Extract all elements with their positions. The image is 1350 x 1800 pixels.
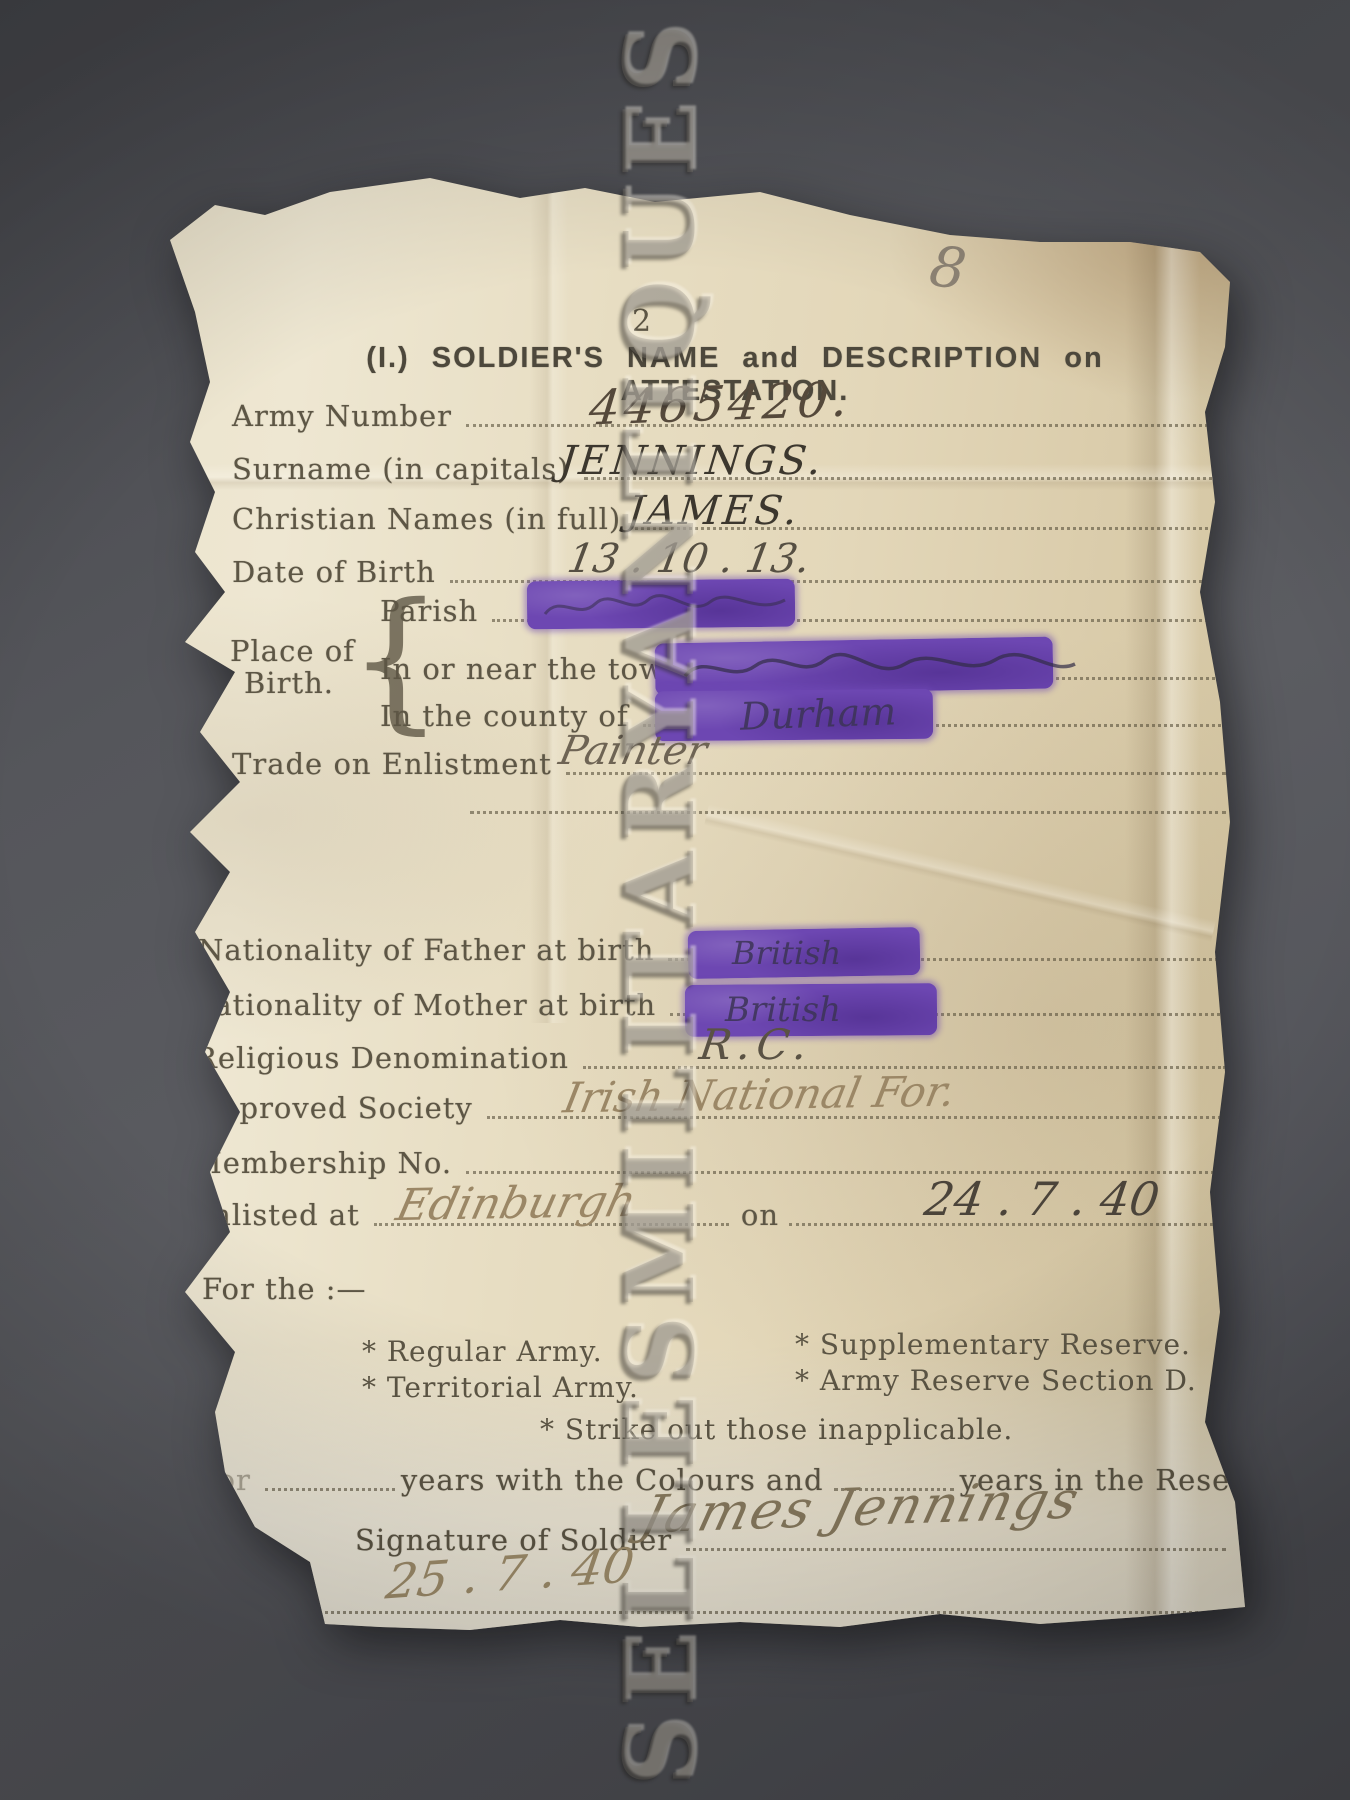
printed-page-number: 2 [632, 304, 651, 339]
enlisted-on-label: on [741, 1198, 779, 1232]
field-row-parish: Parish [380, 592, 1226, 628]
dotted-line [265, 1488, 395, 1491]
colours-prefix: For [198, 1463, 251, 1497]
option-army-reserve-section-d: * Army Reserve Section D. [795, 1363, 1197, 1399]
approved-society-label: Approved Society [198, 1091, 473, 1125]
christian-names-value: JAMES. [626, 488, 803, 534]
army-number-value: 4465420. [586, 371, 854, 436]
surname-value: JENNINGS. [558, 438, 827, 484]
illegible-handwriting-town [680, 646, 1080, 690]
christian-names-label: Christian Names (in full) [232, 502, 621, 536]
option-territorial-army: * Territorial Army. [362, 1370, 639, 1406]
handwritten-annotation: 8 [926, 234, 970, 303]
strike-out-note: * Strike out those inapplicable. [540, 1412, 1013, 1448]
father-nationality-label: Nationality of Father at birth [198, 933, 654, 967]
surname-label: Surname (in capitals) [232, 452, 570, 486]
army-number-label: Army Number [232, 399, 452, 433]
religion-label: Religious Denomination [195, 1041, 569, 1075]
dotted-line [235, 1611, 1240, 1614]
attestation-paper: 2 8 (I.) SOLDIER'S NAME and DESCRIPTION … [140, 172, 1260, 1640]
mother-nationality-label: Nationality of Mother at birth [188, 988, 656, 1022]
religion-value: R.C. [697, 1020, 817, 1069]
place-of-birth-label: Place of [230, 634, 355, 668]
option-supplementary-reserve: * Supplementary Reserve. [795, 1327, 1197, 1363]
crease-diagonal [704, 804, 1216, 942]
membership-label: Membership No. [192, 1146, 452, 1180]
dotted-line [470, 811, 1226, 814]
trade-value: Painter [555, 728, 711, 774]
trade-label: Trade on Enlistment [232, 747, 552, 781]
enlisted-date-value: 24 . 7 . 40 [921, 1172, 1163, 1226]
enlisted-label: Enlisted at [190, 1198, 360, 1232]
option-regular-army: * Regular Army. [362, 1334, 639, 1370]
county-value: Durham [739, 689, 897, 738]
dotted-line [686, 1548, 1226, 1551]
options-column-right: * Supplementary Reserve. * Army Reserve … [795, 1327, 1197, 1399]
approved-society-value: Irish National For. [560, 1067, 960, 1123]
date-of-birth-value: 13 . 10 . 13. [564, 536, 814, 582]
parish-label: Parish [380, 594, 478, 628]
father-nationality-value: British [732, 934, 841, 972]
options-column-left: * Regular Army. * Territorial Army. [362, 1334, 639, 1406]
blank-continuation-line [470, 784, 1226, 820]
enlisted-place-value: Edinburgh [392, 1176, 642, 1231]
illegible-handwriting-parish [540, 586, 790, 626]
field-row-trade: Trade on Enlistment [232, 745, 1226, 781]
for-the-heading: For the :— [202, 1272, 367, 1306]
place-of-birth-label-2: Birth. [244, 666, 334, 700]
